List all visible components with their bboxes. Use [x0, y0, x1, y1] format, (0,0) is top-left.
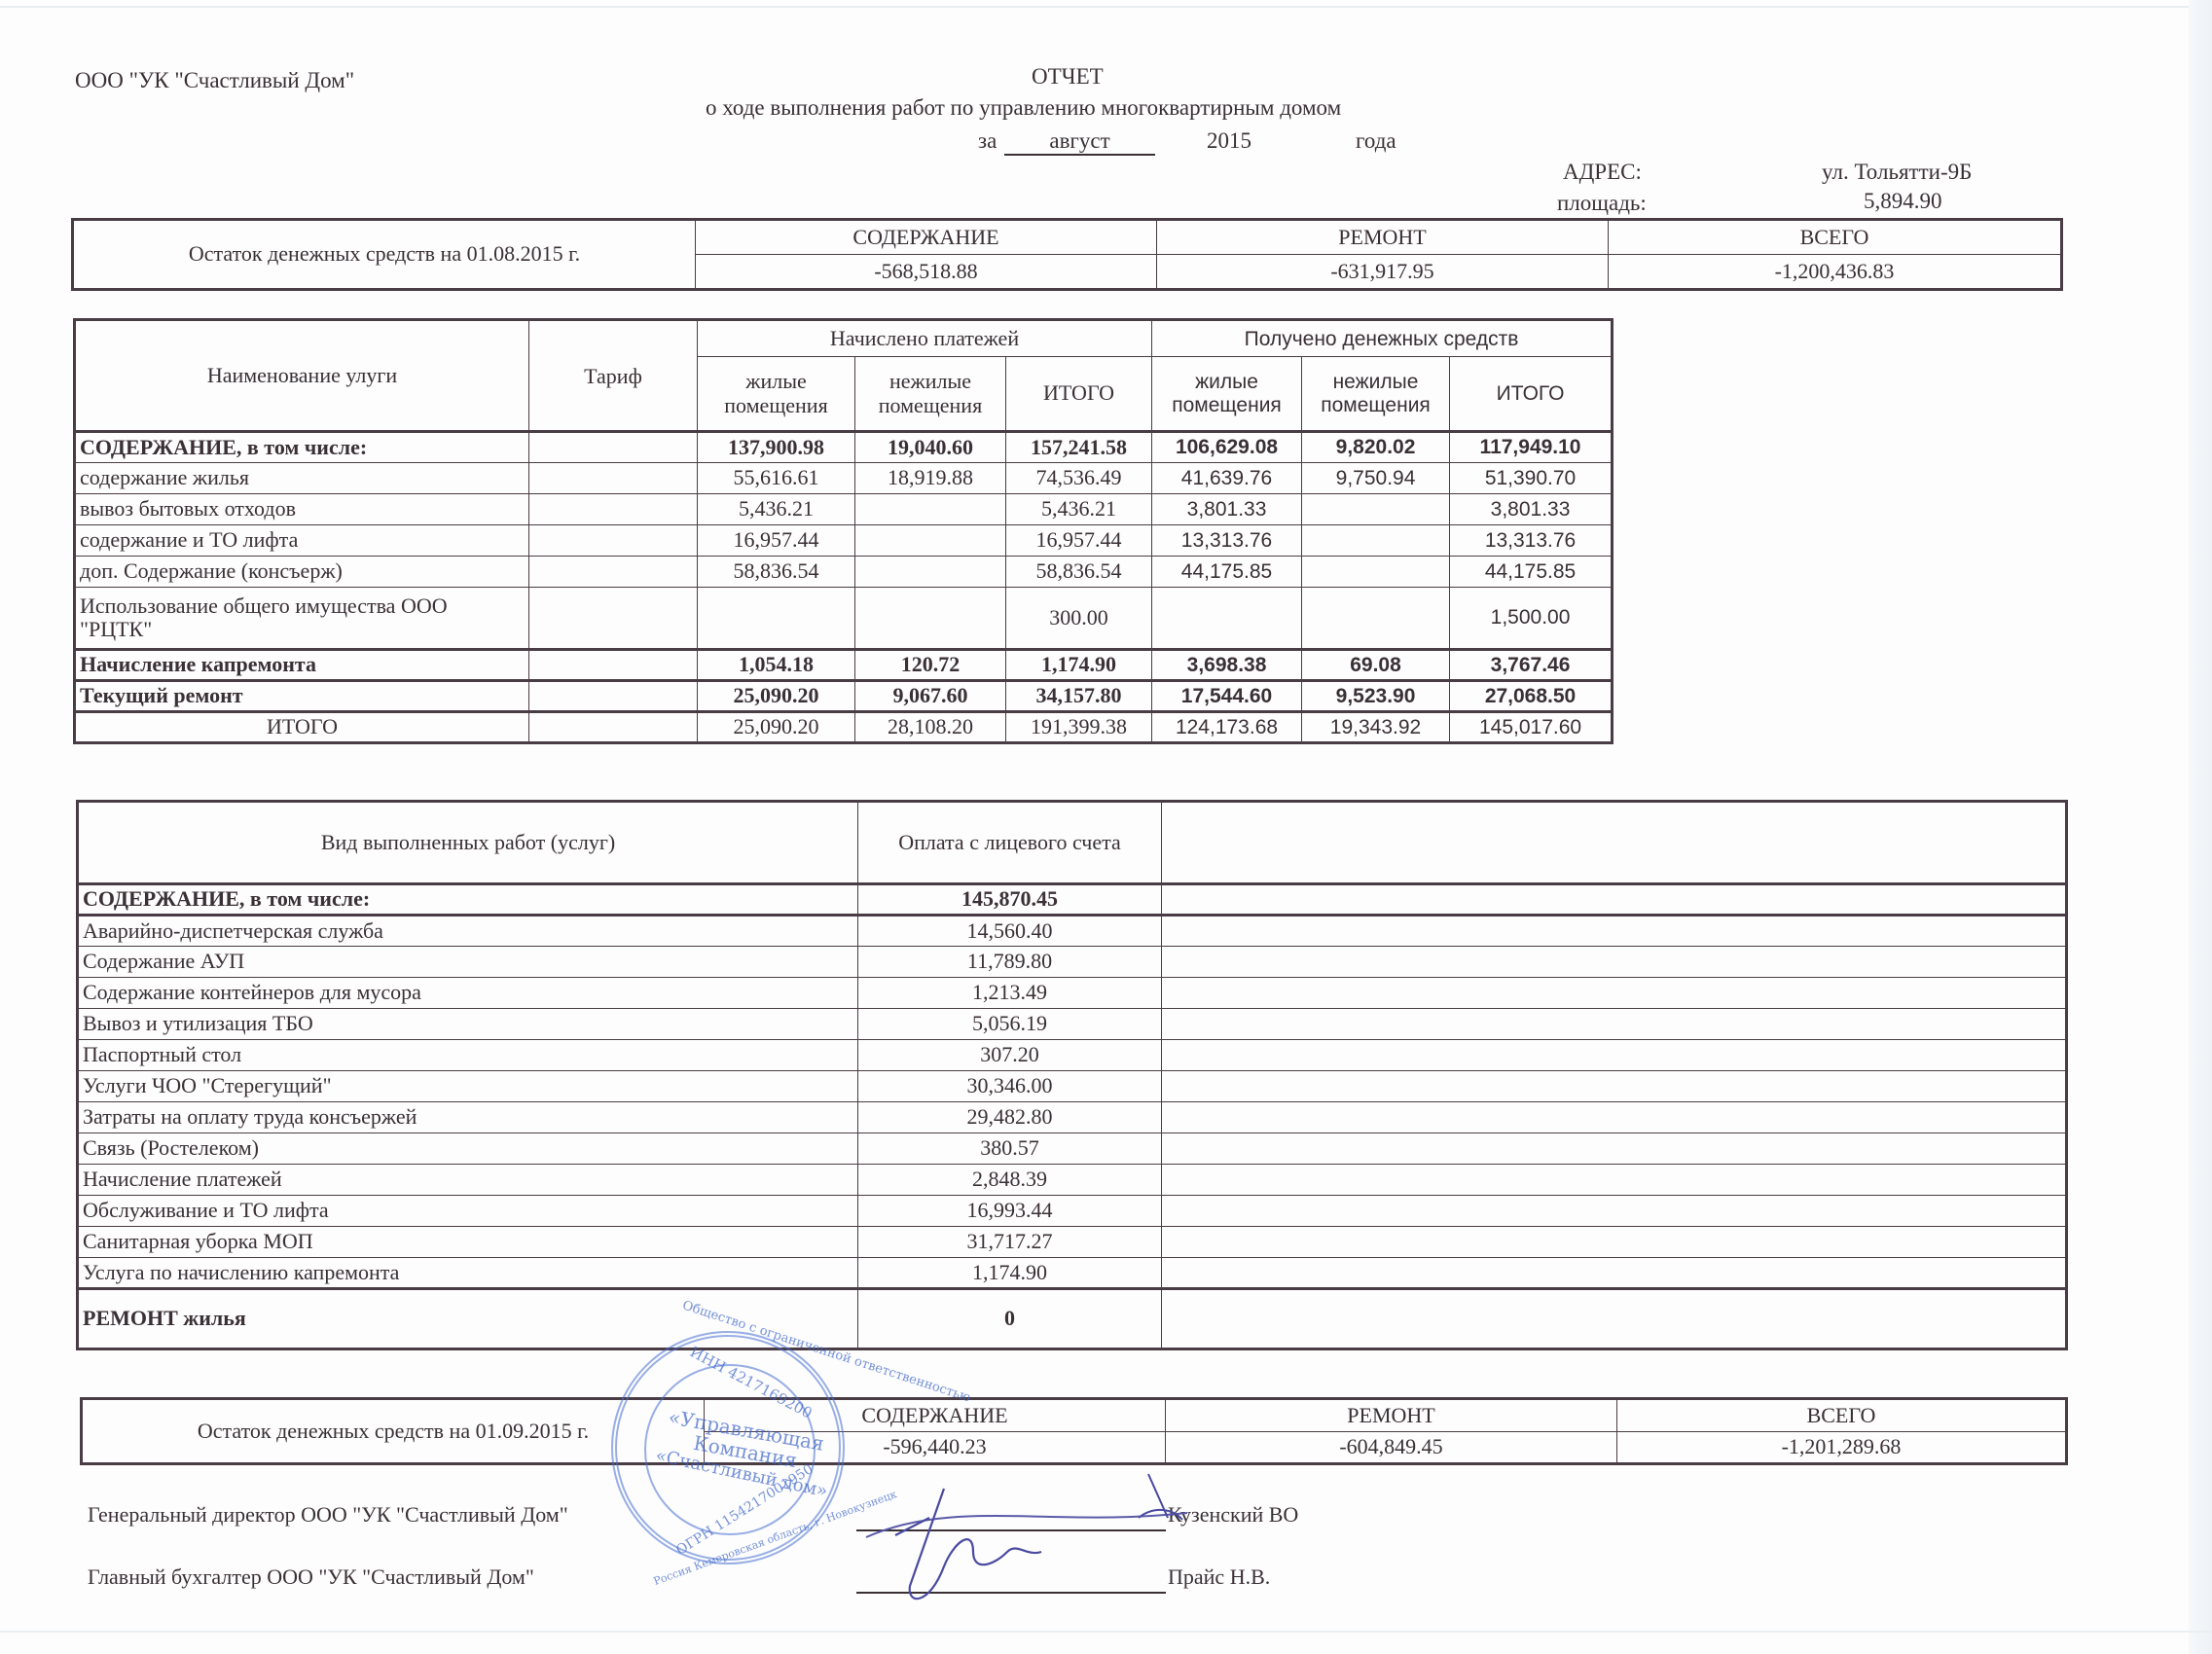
- value-r-tot: 51,390.70: [1450, 463, 1613, 494]
- work-extra: [1162, 916, 2067, 947]
- col-service-name: Наименование улуги: [75, 320, 529, 432]
- value-c-non: [855, 557, 1006, 588]
- col-received-total: ИТОГО: [1450, 357, 1613, 432]
- group-received: Получено денежных средств: [1152, 320, 1613, 357]
- charges-table: Наименование улуги Тариф Начислено плате…: [73, 318, 1614, 744]
- address-label: АДРЕС:: [1563, 160, 1642, 185]
- work-payment: 1,174.90: [858, 1258, 1162, 1289]
- charges-row: СОДЕРЖАНИЕ, в том числе:137,900.9819,040…: [75, 432, 1613, 463]
- tariff-cell: [529, 681, 698, 712]
- value-r-non: 9,523.90: [1302, 681, 1450, 712]
- work-extra: [1162, 1196, 2067, 1227]
- value-c-res: 25,090.20: [698, 712, 855, 743]
- opening-col-maintenance: СОДЕРЖАНИЕ: [696, 220, 1157, 255]
- value-c-tot: 1,174.90: [1006, 650, 1152, 681]
- work-name: Услуга по начислению капремонта: [78, 1258, 858, 1289]
- charges-row: ИТОГО25,090.2028,108.20191,399.38124,173…: [75, 712, 1613, 743]
- value-c-res: 25,090.20: [698, 681, 855, 712]
- value-r-non: 69.08: [1302, 650, 1450, 681]
- value-c-tot: 58,836.54: [1006, 557, 1152, 588]
- work-extra: [1162, 1009, 2067, 1040]
- charges-row: содержание жилья55,616.6118,919.8874,536…: [75, 463, 1613, 494]
- value-c-tot: 5,436.21: [1006, 494, 1152, 525]
- scan-edge: [0, 6, 2212, 8]
- company-name: ООО "УК "Счастливый Дом": [75, 68, 354, 93]
- company-stamp: Общество с ограниченной ответственностью…: [611, 1331, 845, 1564]
- value-r-tot: 145,017.60: [1450, 712, 1613, 743]
- value-c-res: 137,900.98: [698, 432, 855, 463]
- scan-edge: [2189, 0, 2212, 1654]
- value-r-res: 41,639.76: [1152, 463, 1302, 494]
- charges-row: Использование общего имущества ООО "РЦТК…: [75, 588, 1613, 650]
- work-extra: [1162, 884, 2067, 916]
- value-c-tot: 16,957.44: [1006, 525, 1152, 557]
- value-c-non: [855, 494, 1006, 525]
- charges-row: вывоз бытовых отходов5,436.215,436.213,8…: [75, 494, 1613, 525]
- accountant-label: Главный бухгалтер ООО "УК "Счастливый До…: [88, 1564, 534, 1590]
- work-extra: [1162, 1227, 2067, 1258]
- service-name: Начисление капремонта: [75, 650, 529, 681]
- col-received-residential: жилые помещения: [1152, 357, 1302, 432]
- work-name: Затраты на оплату труда консъержей: [78, 1102, 858, 1133]
- work-name: Связь (Ростелеком): [78, 1133, 858, 1165]
- value-r-res: 3,801.33: [1152, 494, 1302, 525]
- value-r-res: 3,698.38: [1152, 650, 1302, 681]
- value-c-non: [855, 525, 1006, 557]
- service-name: ИТОГО: [75, 712, 529, 743]
- col-tariff: Тариф: [529, 320, 698, 432]
- service-name: содержание жилья: [75, 463, 529, 494]
- signature-scribble-icon: [837, 1459, 1207, 1615]
- works-row: Услуги ЧОО "Стерегущий"30,346.00: [78, 1071, 2067, 1102]
- period-year-suffix: года: [1356, 128, 1396, 154]
- work-extra: [1162, 1289, 2067, 1349]
- value-c-non: 120.72: [855, 650, 1006, 681]
- works-table: Вид выполненных работ (услуг) Оплата с л…: [76, 800, 2068, 1350]
- value-c-res: 58,836.54: [698, 557, 855, 588]
- value-r-res: 124,173.68: [1152, 712, 1302, 743]
- value-c-res: 16,957.44: [698, 525, 855, 557]
- work-name: Вывоз и утилизация ТБО: [78, 1009, 858, 1040]
- tariff-cell: [529, 463, 698, 494]
- tariff-cell: [529, 588, 698, 650]
- works-row: СОДЕРЖАНИЕ, в том числе:145,870.45: [78, 884, 2067, 916]
- works-row: Содержание АУП11,789.80: [78, 947, 2067, 978]
- work-payment: 16,993.44: [858, 1196, 1162, 1227]
- service-name: доп. Содержание (консъерж): [75, 557, 529, 588]
- tariff-cell: [529, 494, 698, 525]
- value-c-tot: 74,536.49: [1006, 463, 1152, 494]
- work-payment: 1,213.49: [858, 978, 1162, 1009]
- value-c-tot: 34,157.80: [1006, 681, 1152, 712]
- work-name: Содержание АУП: [78, 947, 858, 978]
- opening-value-repair: -631,917.95: [1157, 255, 1609, 290]
- director-label: Генеральный директор ООО "УК "Счастливый…: [88, 1502, 568, 1528]
- work-name: Паспортный стол: [78, 1040, 858, 1071]
- value-r-non: 9,750.94: [1302, 463, 1450, 494]
- closing-col-total: ВСЕГО: [1617, 1399, 2067, 1432]
- value-c-res: 1,054.18: [698, 650, 855, 681]
- closing-value-repair: -604,849.45: [1166, 1431, 1617, 1464]
- value-c-res: 5,436.21: [698, 494, 855, 525]
- service-name: вывоз бытовых отходов: [75, 494, 529, 525]
- work-payment: 5,056.19: [858, 1009, 1162, 1040]
- period-month: август: [1004, 128, 1155, 156]
- works-row: Аварийно-диспетчерская служба14,560.40: [78, 916, 2067, 947]
- service-name: СОДЕРЖАНИЕ, в том числе:: [75, 432, 529, 463]
- work-extra: [1162, 1165, 2067, 1196]
- value-r-res: 44,175.85: [1152, 557, 1302, 588]
- tariff-cell: [529, 525, 698, 557]
- value-c-tot: 300.00: [1006, 588, 1152, 650]
- work-payment: 29,482.80: [858, 1102, 1162, 1133]
- col-extra: [1162, 802, 2067, 884]
- charges-row: Начисление капремонта1,054.18120.721,174…: [75, 650, 1613, 681]
- report-title: ОТЧЕТ: [1032, 64, 1104, 90]
- group-charged: Начислено платежей: [698, 320, 1152, 357]
- opening-value-total: -1,200,436.83: [1609, 255, 2062, 290]
- opening-col-repair: РЕМОНТ: [1157, 220, 1609, 255]
- works-row: РЕМОНТ жилья0: [78, 1289, 2067, 1349]
- period-year: 2015: [1207, 128, 1251, 154]
- service-name: содержание и ТО лифта: [75, 525, 529, 557]
- col-charged-nonresidential: нежилые помещения: [855, 357, 1006, 432]
- report-subtitle: о ходе выполнения работ по управлению мн…: [706, 95, 1341, 121]
- value-r-non: [1302, 525, 1450, 557]
- work-extra: [1162, 947, 2067, 978]
- work-name: Содержание контейнеров для мусора: [78, 978, 858, 1009]
- value-c-non: 18,919.88: [855, 463, 1006, 494]
- value-r-non: 19,343.92: [1302, 712, 1450, 743]
- value-c-res: [698, 588, 855, 650]
- opening-value-maintenance: -568,518.88: [696, 255, 1157, 290]
- value-c-non: 9,067.60: [855, 681, 1006, 712]
- work-payment: 145,870.45: [858, 884, 1162, 916]
- value-r-res: [1152, 588, 1302, 650]
- col-charged-residential: жилые помещения: [698, 357, 855, 432]
- tariff-cell: [529, 557, 698, 588]
- works-row: Санитарная уборка МОП31,717.27: [78, 1227, 2067, 1258]
- works-row: Начисление платежей2,848.39: [78, 1165, 2067, 1196]
- value-r-non: [1302, 588, 1450, 650]
- value-r-tot: 3,801.33: [1450, 494, 1613, 525]
- value-r-tot: 1,500.00: [1450, 588, 1613, 650]
- period-prefix: за: [978, 128, 997, 154]
- works-row: Связь (Ростелеком)380.57: [78, 1133, 2067, 1165]
- col-payment: Оплата с лицевого счета: [858, 802, 1162, 884]
- value-c-tot: 157,241.58: [1006, 432, 1152, 463]
- value-r-non: 9,820.02: [1302, 432, 1450, 463]
- work-payment: 30,346.00: [858, 1071, 1162, 1102]
- work-name: СОДЕРЖАНИЕ, в том числе:: [78, 884, 858, 916]
- works-row: Услуга по начислению капремонта1,174.90: [78, 1258, 2067, 1289]
- closing-balance-table: Остаток денежных средств на 01.09.2015 г…: [80, 1397, 2068, 1465]
- area-value: 5,894.90: [1864, 189, 1942, 214]
- value-r-non: [1302, 494, 1450, 525]
- works-row: Обслуживание и ТО лифта16,993.44: [78, 1196, 2067, 1227]
- work-payment: 2,848.39: [858, 1165, 1162, 1196]
- opening-balance-label: Остаток денежных средств на 01.08.2015 г…: [73, 220, 696, 290]
- work-payment: 380.57: [858, 1133, 1162, 1165]
- tariff-cell: [529, 432, 698, 463]
- work-payment: 31,717.27: [858, 1227, 1162, 1258]
- value-r-res: 13,313.76: [1152, 525, 1302, 557]
- work-extra: [1162, 1071, 2067, 1102]
- value-r-tot: 117,949.10: [1450, 432, 1613, 463]
- work-name: Обслуживание и ТО лифта: [78, 1196, 858, 1227]
- value-c-tot: 191,399.38: [1006, 712, 1152, 743]
- value-c-non: [855, 588, 1006, 650]
- col-received-nonresidential: нежилые помещения: [1302, 357, 1450, 432]
- value-c-non: 28,108.20: [855, 712, 1006, 743]
- service-name: Использование общего имущества ООО "РЦТК…: [75, 588, 529, 650]
- service-name: Текущий ремонт: [75, 681, 529, 712]
- work-payment: 0: [858, 1289, 1162, 1349]
- value-r-non: [1302, 557, 1450, 588]
- col-work-type: Вид выполненных работ (услуг): [78, 802, 858, 884]
- value-r-tot: 3,767.46: [1450, 650, 1613, 681]
- work-extra: [1162, 1258, 2067, 1289]
- value-r-res: 17,544.60: [1152, 681, 1302, 712]
- tariff-cell: [529, 650, 698, 681]
- work-payment: 14,560.40: [858, 916, 1162, 947]
- charges-row: Текущий ремонт25,090.209,067.6034,157.80…: [75, 681, 1613, 712]
- closing-value-total: -1,201,289.68: [1617, 1431, 2067, 1464]
- value-c-non: 19,040.60: [855, 432, 1006, 463]
- address-value: ул. Тольятти-9Б: [1822, 160, 1972, 185]
- work-extra: [1162, 1133, 2067, 1165]
- work-payment: 307.20: [858, 1040, 1162, 1071]
- tariff-cell: [529, 712, 698, 743]
- work-name: Аварийно-диспетчерская служба: [78, 916, 858, 947]
- work-extra: [1162, 1102, 2067, 1133]
- charges-row: содержание и ТО лифта16,957.4416,957.441…: [75, 525, 1613, 557]
- works-row: Вывоз и утилизация ТБО5,056.19: [78, 1009, 2067, 1040]
- closing-col-repair: РЕМОНТ: [1166, 1399, 1617, 1432]
- works-row: Паспортный стол307.20: [78, 1040, 2067, 1071]
- value-r-tot: 44,175.85: [1450, 557, 1613, 588]
- work-extra: [1162, 1040, 2067, 1071]
- work-payment: 11,789.80: [858, 947, 1162, 978]
- value-r-res: 106,629.08: [1152, 432, 1302, 463]
- scan-edge: [0, 1631, 2212, 1633]
- work-extra: [1162, 978, 2067, 1009]
- charges-row: доп. Содержание (консъерж)58,836.5458,83…: [75, 557, 1613, 588]
- work-name: Услуги ЧОО "Стерегущий": [78, 1071, 858, 1102]
- work-name: Санитарная уборка МОП: [78, 1227, 858, 1258]
- area-label: площадь:: [1557, 191, 1647, 216]
- value-r-tot: 13,313.76: [1450, 525, 1613, 557]
- value-r-tot: 27,068.50: [1450, 681, 1613, 712]
- col-charged-total: ИТОГО: [1006, 357, 1152, 432]
- opening-balance-table: Остаток денежных средств на 01.08.2015 г…: [71, 218, 2063, 291]
- opening-col-total: ВСЕГО: [1609, 220, 2062, 255]
- works-row: Содержание контейнеров для мусора1,213.4…: [78, 978, 2067, 1009]
- work-name: Начисление платежей: [78, 1165, 858, 1196]
- works-row: Затраты на оплату труда консъержей29,482…: [78, 1102, 2067, 1133]
- value-c-res: 55,616.61: [698, 463, 855, 494]
